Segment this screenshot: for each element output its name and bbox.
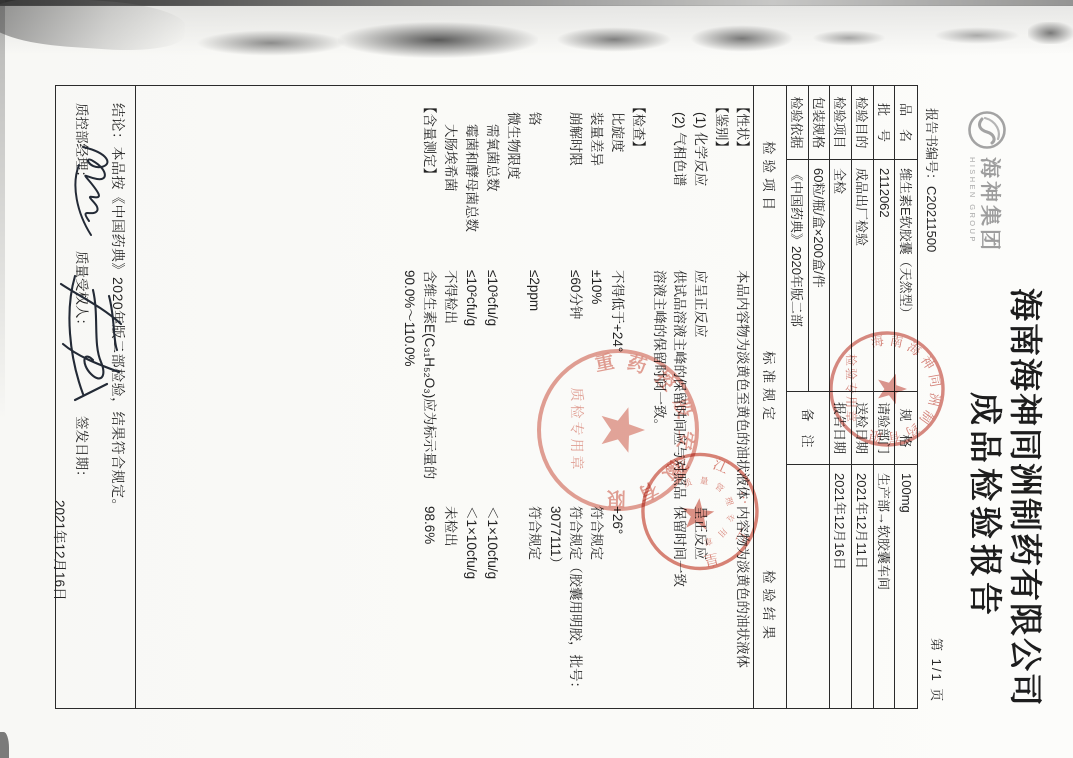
table-row: 大肠埃希菌 不得检出 未检出 <box>440 86 460 708</box>
spec-item: 需氧菌总数 <box>482 86 502 270</box>
report-number-label: 报告书编号： <box>924 108 939 186</box>
report-title: 成品检验报告 <box>964 392 1011 620</box>
inspection-seal-stamp: 海南海神同洲制药有限公司 检验专用章 <box>820 327 949 451</box>
info-value: 《中国药典》2020年版二部 <box>787 159 809 391</box>
spec-result: 98.6% <box>399 506 439 708</box>
logo-company-name: 海神集团 <box>978 157 1000 253</box>
issue-date-label: 签发日期： <box>73 416 93 484</box>
spec-result: 符合规定 <box>524 506 544 708</box>
spec-standard: 含维生素E(C₃₁H₅₂O₃)应为标示量的90.0%～110.0% <box>399 270 439 506</box>
conclusion-section: 结论：本品按《中国药典》2020年版二部检验，结果符合规定。 质控部经理： 质量… <box>55 86 136 708</box>
spec-item: 比旋度 <box>607 86 627 270</box>
info-label: 批 号 <box>874 86 896 159</box>
info-label: 检验目的 <box>852 86 874 159</box>
inspection-form: 品 名 维生素E软胶囊（天然型） 规 格 100mg 批 号 2112062 请… <box>55 85 918 709</box>
quality-authorizer-signature <box>52 266 127 416</box>
logo-company-name-en: HISHEN GROUP <box>969 157 977 253</box>
spec-item: 大肠埃希菌 <box>440 86 460 270</box>
page-number: 第 1/1 页 <box>928 638 947 703</box>
spec-item: 【含量测定】 <box>419 86 439 270</box>
spec-result: 符合规定 <box>586 506 606 708</box>
spec-item: 【性状】 <box>732 86 752 270</box>
table-row: 【性状】 本品内容物为淡黄色至黄色的油状液体 内容物为淡黄色的油状液体 <box>732 86 752 708</box>
table-row: 【含量测定】 含维生素E(C₃₁H₅₂O₃)应为标示量的90.0%～110.0%… <box>399 86 439 708</box>
info-label: 包装规格 <box>809 86 831 159</box>
report-page: 海神集团 HISHEN GROUP 海南海神同洲制药有限公司 成品检验报告 报告… <box>0 0 1073 758</box>
rotated-scan-container: 海神集团 HISHEN GROUP 海南海神同洲制药有限公司 成品检验报告 报告… <box>0 0 1073 758</box>
report-title-company: 海南海神同洲制药有限公司 <box>1004 288 1051 708</box>
stamp-bottom-text: 检验专用章 <box>844 354 859 424</box>
spec-table-header: 检验项目 标准规定 检验结果 <box>753 86 787 708</box>
issue-date-value: 2021年12月16日 <box>51 500 71 601</box>
spec-item: 铬 <box>524 86 544 270</box>
spec-item: 【检查】 <box>628 86 648 270</box>
spec-result: 符合规定（胶囊用明胶，批号：3077111） <box>545 506 585 708</box>
qc-manager-signature <box>68 141 119 241</box>
spec-item: 微生物限度 <box>503 86 523 270</box>
spec-header-item: 检验项目 <box>760 86 780 270</box>
info-label: 品 名 <box>895 86 917 159</box>
spec-result: 未检出 <box>440 506 460 708</box>
spec-result <box>503 506 523 708</box>
spec-item: 霉菌和酵母菌总数 <box>461 86 481 270</box>
spec-item: (2) 气相色谱 <box>669 86 689 270</box>
spec-standard: ≤10³cfu/g <box>482 270 502 506</box>
company-logo: 海神集团 HISHEN GROUP <box>962 110 1007 253</box>
spec-result: +26° <box>607 506 627 708</box>
spec-result: ＜1×10cfu/g <box>482 506 502 708</box>
spec-standard <box>503 270 523 506</box>
svg-text:海南海神同洲制药有限公司: 海南海神同洲制药有限公司 <box>867 327 949 445</box>
report-number-value: C20211500 <box>924 186 939 252</box>
spec-item: (1) 化学反应 <box>690 86 710 270</box>
scanned-inspection-report: { "report": { "logo": { "name": "海神集团", … <box>0 0 1073 758</box>
spec-item: 装量差异 <box>586 86 606 270</box>
table-row: 微生物限度 <box>503 86 523 708</box>
report-number-line: 报告书编号：C20211500 <box>923 108 942 252</box>
info-value: 100mg <box>895 464 917 708</box>
table-row: 【鉴别】 <box>711 86 731 708</box>
stamp-ring-text: 海南海神同洲制药有限公司 <box>867 327 949 445</box>
spec-result: ＜1×10cfu/g <box>461 506 481 708</box>
info-value: 生产部→软胶囊车间 <box>874 464 896 708</box>
spec-header-standard: 标准规定 <box>760 270 780 506</box>
spec-standard: ≤10²cfu/g <box>461 270 481 506</box>
info-value: 2021年12月16日 <box>830 464 852 708</box>
spec-item: 崩解时限 <box>565 86 585 270</box>
table-row: 霉菌和酵母菌总数 ≤10²cfu/g ＜1×10cfu/g <box>461 86 481 708</box>
info-label: 检验项目 <box>830 86 852 159</box>
info-value <box>787 464 830 708</box>
supplier-seal-stamp: 龙江…上皇… 质量管理专用章 <box>620 437 774 587</box>
info-value: 2021年12月11日 <box>852 464 874 708</box>
spec-item: 【鉴别】 <box>711 86 731 270</box>
info-label: 检验依据 <box>787 86 809 159</box>
spec-standard: 不得检出 <box>440 270 460 506</box>
table-row: 需氧菌总数 ≤10³cfu/g ＜1×10cfu/g <box>482 86 502 708</box>
stamp-bottom-text: 质检专用章 <box>569 388 585 473</box>
hishen-swirl-icon <box>962 110 1007 150</box>
